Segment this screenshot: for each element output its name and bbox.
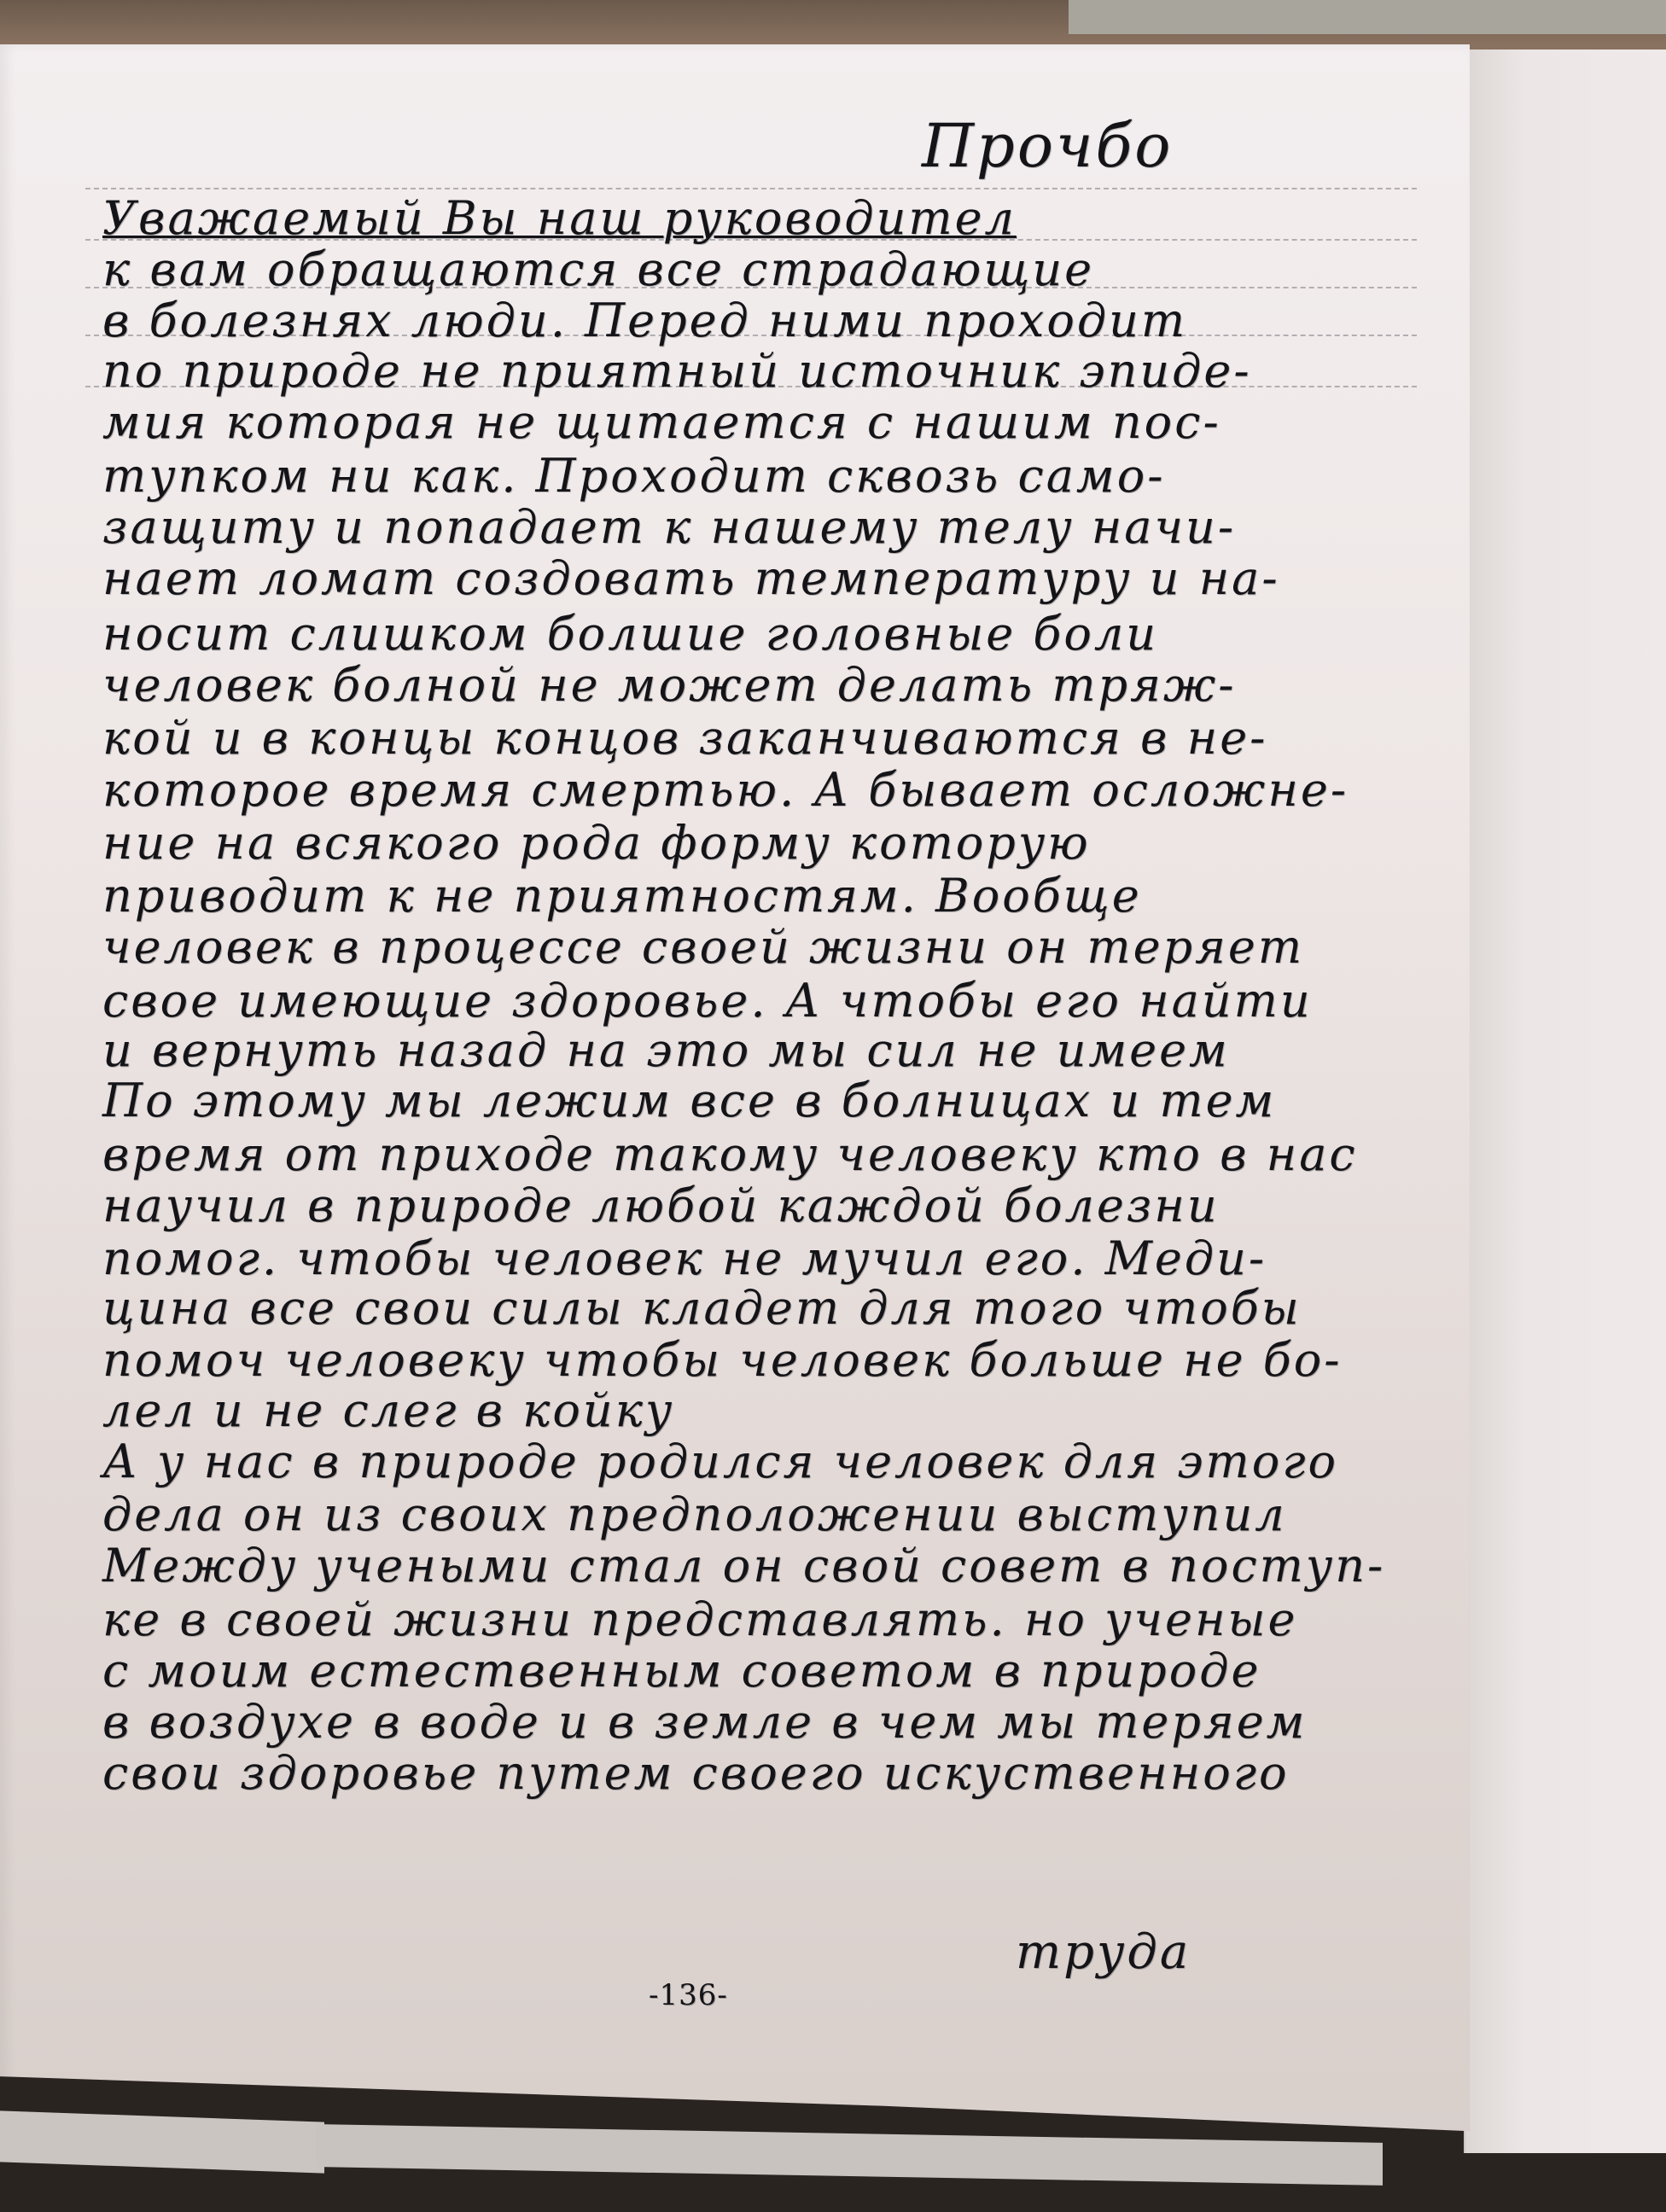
- underlying-sheet-right: [1464, 49, 1666, 2153]
- letter-line-15: человек в процессе своей жизни он теряет: [102, 922, 1304, 973]
- letter-line-8: нает ломат создовать температуру и на-: [102, 553, 1280, 604]
- ruled-line: [85, 188, 1417, 189]
- letter-title: Прочбо: [922, 111, 1173, 181]
- page-number: -136-: [649, 1978, 728, 2012]
- letter-line-29: с моим естественным советом в природе: [102, 1645, 1261, 1697]
- underlying-sheet-edge-bottom: [316, 2124, 1383, 2186]
- letter-line-19: время от приходе такому человеку кто в н…: [102, 1129, 1358, 1180]
- letter-line-26: дела он из своих предположении выступил: [102, 1489, 1287, 1540]
- letter-line-23: помоч человеку чтобы человек больше не б…: [102, 1335, 1342, 1386]
- letter-line-27: Между учеными стал он свой совет в посту…: [102, 1540, 1385, 1592]
- closing-word: труда: [1016, 1924, 1191, 1980]
- letter-line-6: тупком ни как. Проходит сквозь само-: [102, 451, 1165, 502]
- letter-line-16: свое имеющие здоровье. А чтобы его найти: [102, 975, 1313, 1027]
- letter-line-20: научил в природе любой каждой болезни: [102, 1180, 1220, 1231]
- letter-line-24: лел и не слег в койку: [102, 1385, 674, 1436]
- letter-line-22: цина все свои силы кладет для того чтобы: [102, 1283, 1302, 1334]
- letter-line-4: по природе не приятный источник эпиде-: [102, 346, 1252, 397]
- letter-line-17: и вернуть назад на это мы сил не имеем: [102, 1025, 1230, 1076]
- letter-line-12: которое время смертью. А бывает осложне-: [102, 765, 1349, 816]
- letter-line-18: По этому мы лежим все в болницах и тем: [102, 1075, 1276, 1126]
- letter-line-31: свои здоровье путем своего искуственного: [102, 1748, 1290, 1799]
- letter-line-28: ке в своей жизни представлять. но ученые: [102, 1594, 1297, 1645]
- letter-line-5: мия которая не щитается с нашим пос-: [102, 397, 1221, 448]
- letter-line-2: к вам обращаются все страдающие: [102, 244, 1094, 295]
- letter-line-30: в воздухе в воде и в земле в чем мы теря…: [102, 1697, 1307, 1748]
- letter-line-13: ние на всякого рода форму которую: [102, 818, 1091, 869]
- letter-line-14: приводит к не приятностям. Вообще: [102, 870, 1142, 922]
- letter-line-7: защиту и попадает к нашему телу начи-: [102, 502, 1236, 553]
- letter-line-3: в болезнях люди. Перед ними проходит: [102, 295, 1187, 346]
- letter-line-9: носит слишком болшие головные боли: [102, 608, 1158, 660]
- letter-line-25: А у нас в природе родился человек для эт…: [102, 1436, 1338, 1487]
- letter-line-11: кой и в концы концов заканчиваются в не-: [102, 713, 1267, 764]
- letter-line-21: помог. чтобы человек не мучил его. Меди-: [102, 1233, 1267, 1284]
- letter-line-1: Уважаемый Вы наш руководител: [102, 193, 1016, 244]
- letter-line-10: человек болной не может делать тряж-: [102, 660, 1236, 711]
- background-wall: [1069, 0, 1666, 34]
- underlying-sheet-edge-left: [0, 2110, 324, 2173]
